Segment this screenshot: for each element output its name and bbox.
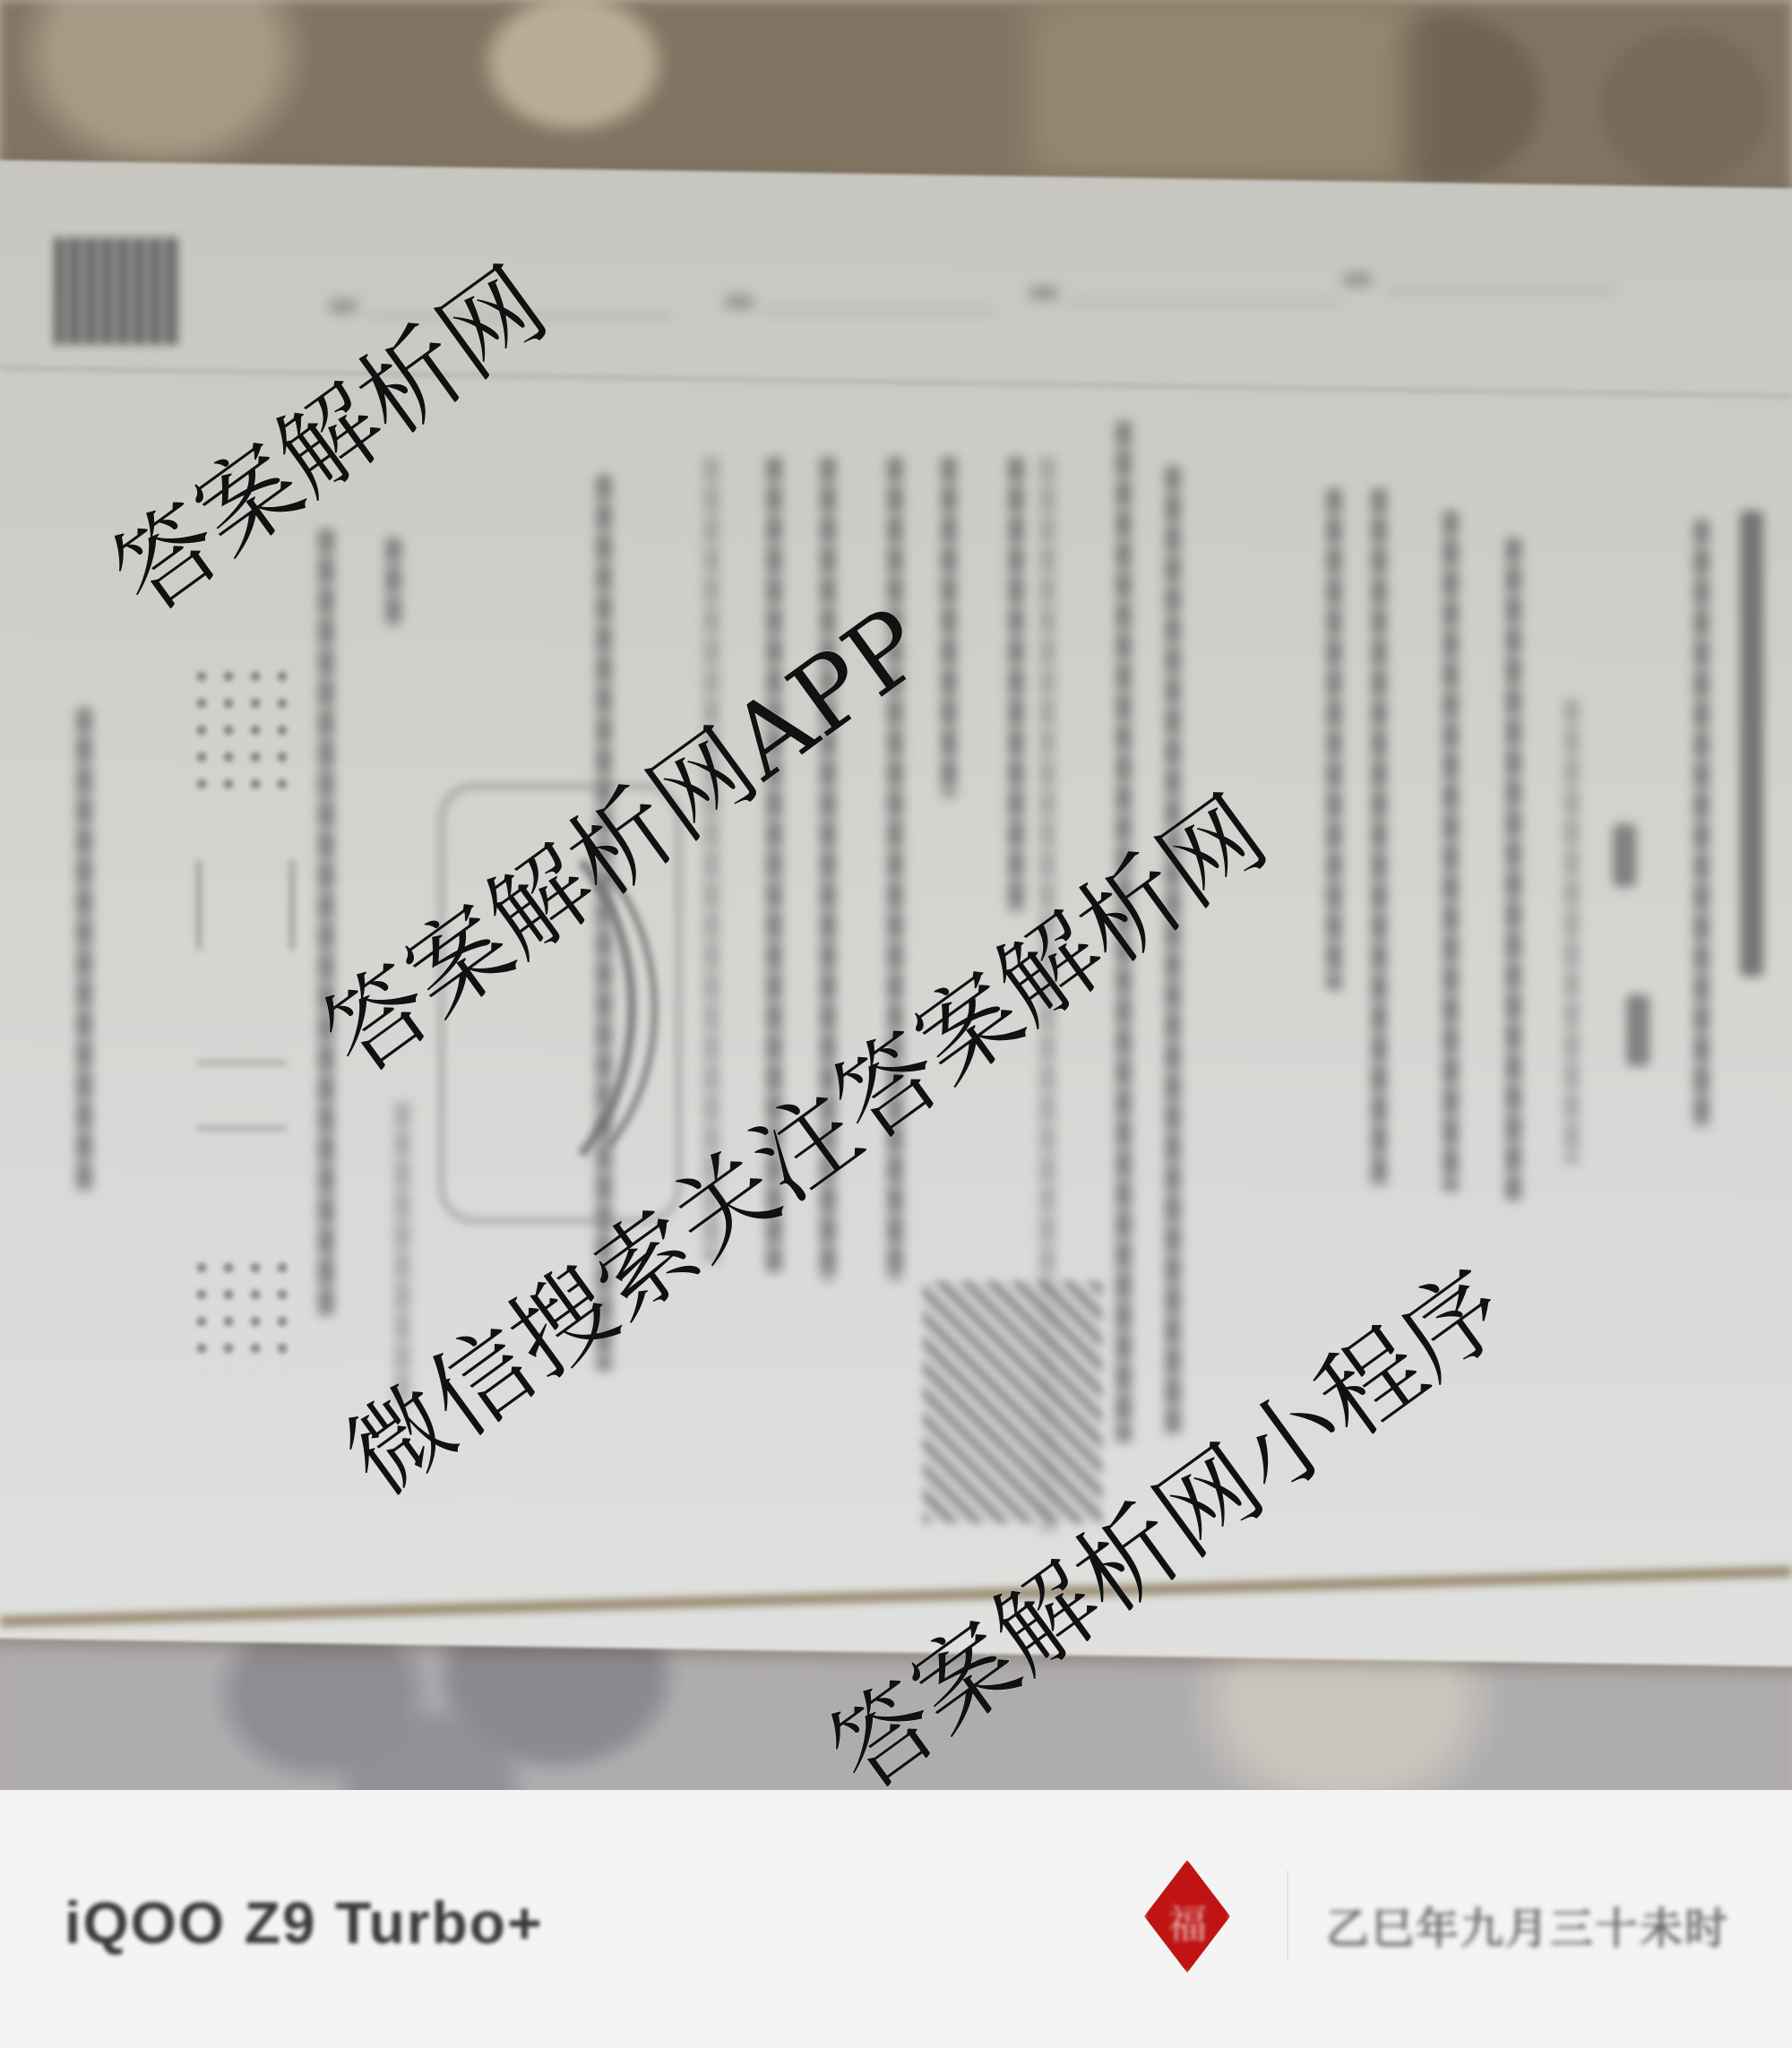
qr-code: [54, 237, 179, 345]
paper-title: [1740, 511, 1763, 977]
paper-subtitle: [1613, 824, 1636, 887]
device-brand: iQOO Z9 Turbo+: [65, 1889, 544, 1957]
camera-watermark-footer: iQOO Z9 Turbo+ 福 乙巳年九月三十未时: [0, 1790, 1792, 2048]
seal-glyph: 福: [1120, 1892, 1254, 1949]
capture-datetime: 乙巳年九月三十未时: [1326, 1894, 1729, 1956]
figure-bracket-1: [197, 860, 294, 950]
figure-hatched-diagram: [923, 1281, 1102, 1523]
footer-divider: [1287, 1871, 1288, 1960]
figure-dot-grid-2: [188, 1254, 296, 1371]
seal-logo: 福: [1120, 1851, 1254, 1985]
photo: 答案解析网 答案解析网APP 微信搜索关注答案解析网 答案解析网小程序: [0, 0, 1792, 1790]
figure-bracket-2: [197, 1062, 287, 1130]
figure-dot-grid-1: [188, 663, 287, 797]
